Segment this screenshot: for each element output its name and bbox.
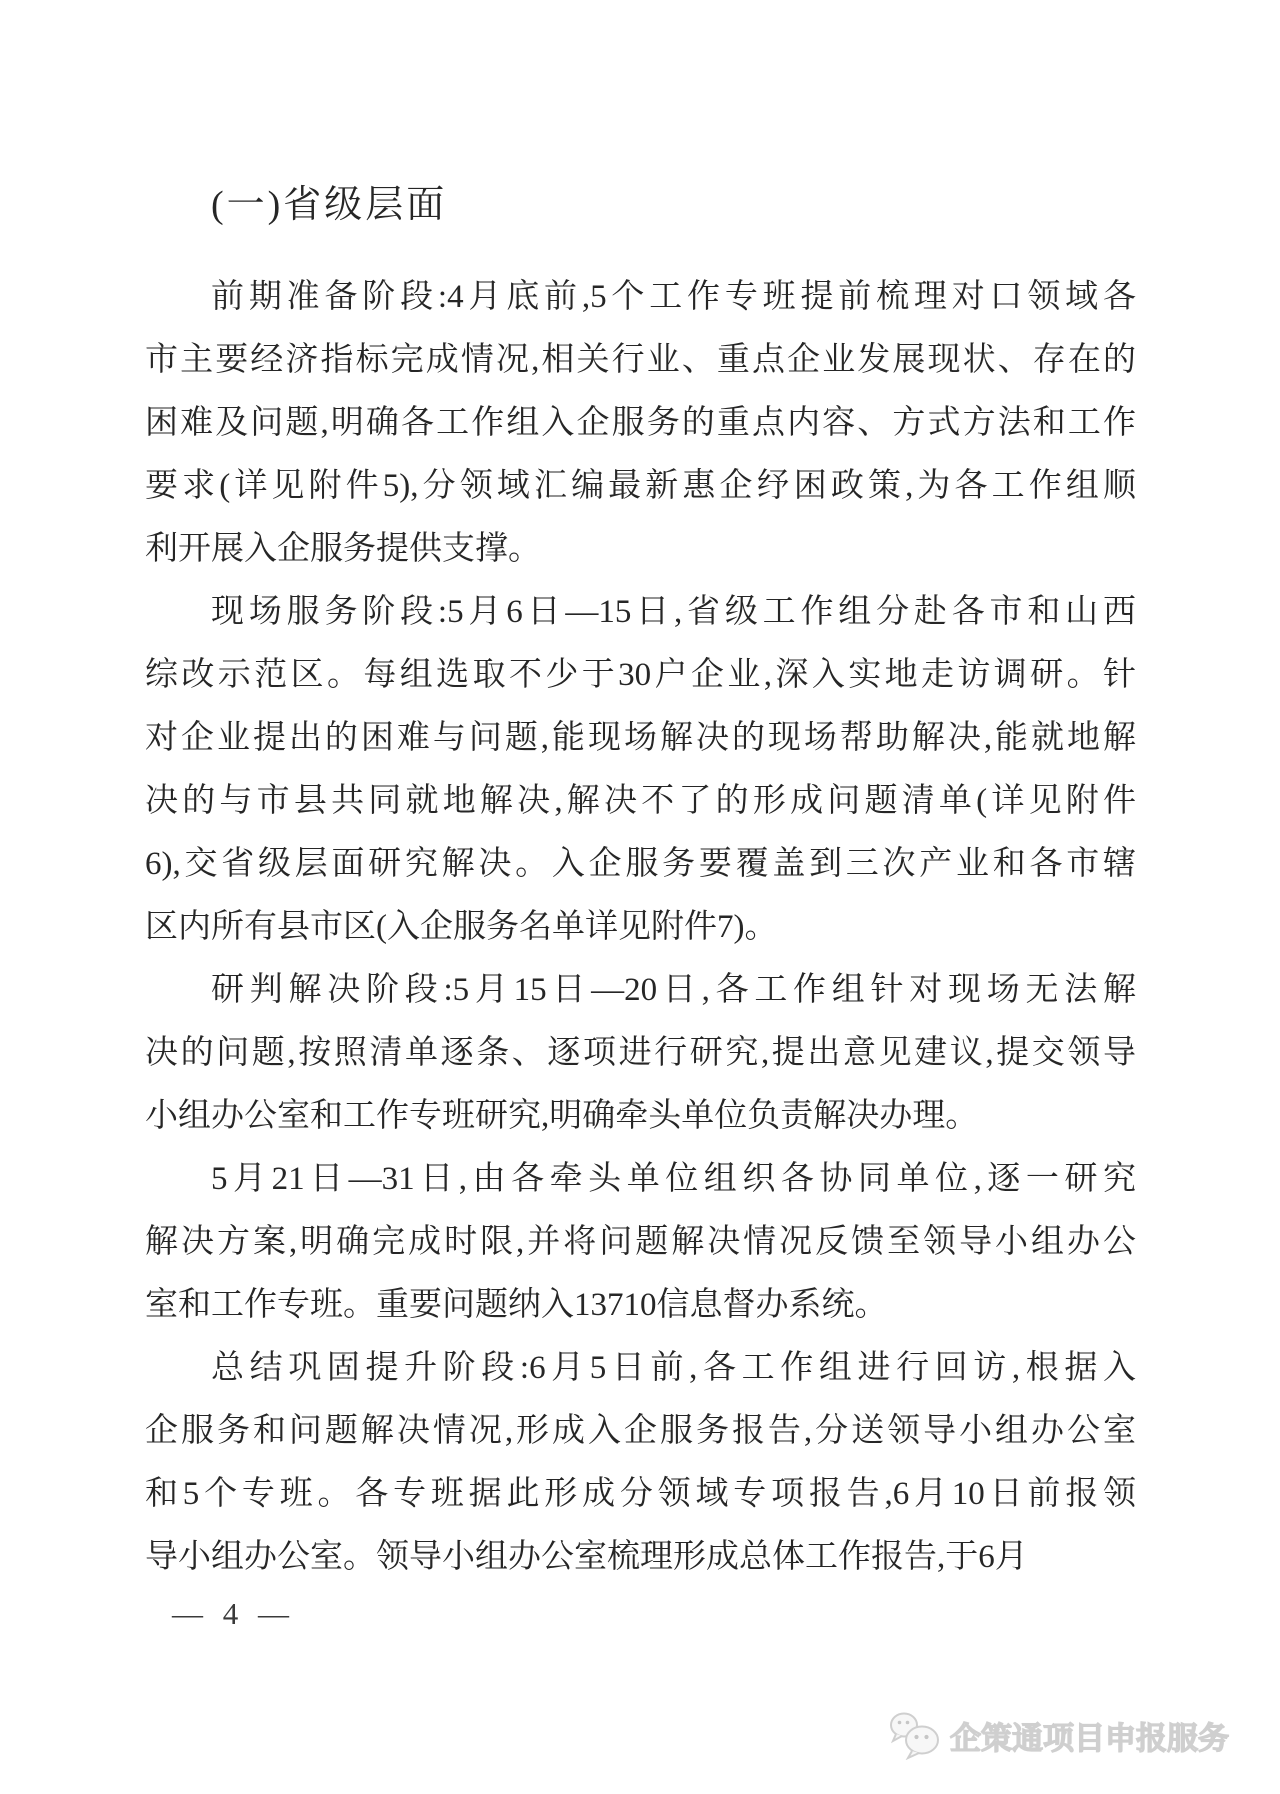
- watermark: 企策通项目申报服务: [888, 1710, 1229, 1760]
- text-line: 困难及问题,明确各工作组入企服务的重点内容、方式方法和工作: [145, 392, 1136, 455]
- text-line: 室和工作专班。重要问题纳入13710信息督办系统。: [145, 1274, 1136, 1337]
- body-text: 前期准备阶段:4月底前,5个工作专班提前梳理对口领域各 市主要经济指标完成情况,…: [145, 266, 1136, 1589]
- text-line: 区内所有县市区(入企服务名单详见附件7)。: [145, 896, 1136, 959]
- text-line: 6),交省级层面研究解决。入企服务要覆盖到三次产业和各市辖: [145, 833, 1136, 896]
- paragraph: 前期准备阶段:4月底前,5个工作专班提前梳理对口领域各 市主要经济指标完成情况,…: [145, 266, 1136, 581]
- paragraph: 5月21日—31日,由各牵头单位组织各协同单位,逐一研究 解决方案,明确完成时限…: [145, 1148, 1136, 1337]
- text-line: 5月21日—31日,由各牵头单位组织各协同单位,逐一研究: [145, 1148, 1136, 1211]
- paragraph: 总结巩固提升阶段:6月5日前,各工作组进行回访,根据入 企服务和问题解决情况,形…: [145, 1337, 1136, 1589]
- document-content: (一)省级层面 前期准备阶段:4月底前,5个工作专班提前梳理对口领域各 市主要经…: [145, 174, 1136, 1589]
- text-line: 决的与市县共同就地解决,解决不了的形成问题清单(详见附件: [145, 770, 1136, 833]
- text-line: 企服务和问题解决情况,形成入企服务报告,分送领导小组办公室: [145, 1400, 1136, 1463]
- document-page: (一)省级层面 前期准备阶段:4月底前,5个工作专班提前梳理对口领域各 市主要经…: [0, 0, 1280, 1794]
- section-heading: (一)省级层面: [145, 174, 1136, 237]
- page-number: — 4 —: [172, 1596, 289, 1632]
- text-line: 前期准备阶段:4月底前,5个工作专班提前梳理对口领域各: [145, 266, 1136, 329]
- text-line: 导小组办公室。领导小组办公室梳理形成总体工作报告,于6月: [145, 1526, 1136, 1589]
- text-line: 决的问题,按照清单逐条、逐项进行研究,提出意见建议,提交领导: [145, 1022, 1136, 1085]
- paragraph: 研判解决阶段:5月15日—20日,各工作组针对现场无法解 决的问题,按照清单逐条…: [145, 959, 1136, 1148]
- text-line: 综改示范区。每组选取不少于30户企业,深入实地走访调研。针: [145, 644, 1136, 707]
- text-line: 要求(详见附件5),分领域汇编最新惠企纾困政策,为各工作组顺: [145, 455, 1136, 518]
- watermark-text: 企策通项目申报服务: [950, 1713, 1229, 1758]
- text-line: 利开展入企服务提供支撑。: [145, 518, 1136, 581]
- text-line: 解决方案,明确完成时限,并将问题解决情况反馈至领导小组办公: [145, 1211, 1136, 1274]
- text-line: 市主要经济指标完成情况,相关行业、重点企业发展现状、存在的: [145, 329, 1136, 392]
- text-line: 小组办公室和工作专班研究,明确牵头单位负责解决办理。: [145, 1085, 1136, 1148]
- text-line: 现场服务阶段:5月6日—15日,省级工作组分赴各市和山西: [145, 581, 1136, 644]
- text-line: 研判解决阶段:5月15日—20日,各工作组针对现场无法解: [145, 959, 1136, 1022]
- text-line: 和5个专班。各专班据此形成分领域专项报告,6月10日前报领: [145, 1463, 1136, 1526]
- text-line: 总结巩固提升阶段:6月5日前,各工作组进行回访,根据入: [145, 1337, 1136, 1400]
- text-line: 对企业提出的困难与问题,能现场解决的现场帮助解决,能就地解: [145, 707, 1136, 770]
- paragraph: 现场服务阶段:5月6日—15日,省级工作组分赴各市和山西 综改示范区。每组选取不…: [145, 581, 1136, 959]
- wechat-icon: [888, 1710, 942, 1760]
